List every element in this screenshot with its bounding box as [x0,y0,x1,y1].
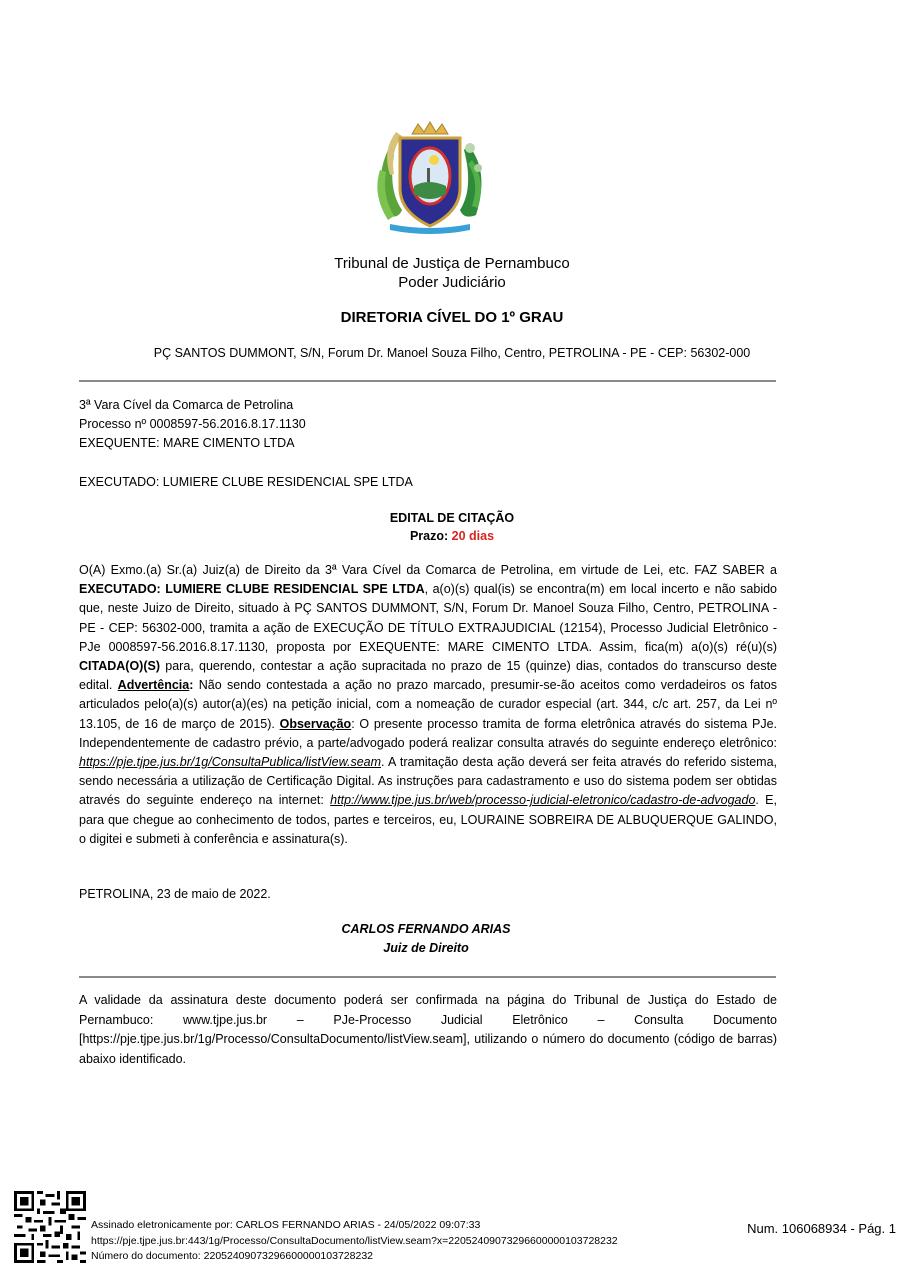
cited-bold: CITADA(O)(S) [79,659,160,673]
deadline: Prazo: 20 dias [0,527,904,546]
validity-note: A validade da assinatura deste documento… [79,991,777,1069]
judicial-power: Poder Judiciário [0,273,904,292]
page-info: Num. 106068934 - Pág. 1 [747,1221,896,1237]
signer-name: CARLOS FERNANDO ARIAS [0,920,852,939]
warning-label: Advertência [118,678,190,692]
body-text-1: O(A) Exmo.(a) Sr.(a) Juiz(a) de Direito … [79,563,777,577]
case-info: 3ª Vara Cível da Comarca de Petrolina Pr… [79,396,306,453]
court-name: Tribunal de Justiça de Pernambuco [0,254,904,273]
divider [79,380,776,382]
divider [79,976,776,978]
qr-code-icon [14,1191,86,1263]
defendant: EXECUTADO: LUMIERE CLUBE RESIDENCIAL SPE… [79,473,413,492]
directorate-title: DIRETORIA CÍVEL DO 1º GRAU [0,308,904,327]
process-number: Processo nº 0008597-56.2016.8.17.1130 [79,415,306,434]
document-number: Número do documento: 2205240907329660000… [91,1249,373,1263]
cadastro-advogado-link[interactable]: http://www.tjpe.jus.br/web/processo-judi… [330,793,755,807]
consulta-publica-link[interactable]: https://pje.tjpe.jus.br/1g/ConsultaPubli… [79,755,381,769]
signed-by: Assinado eletronicamente por: CARLOS FER… [91,1218,480,1232]
note-label: Observação [280,717,352,731]
defendant-bold: EXECUTADO: LUMIERE CLUBE RESIDENCIAL SPE… [79,582,425,596]
signer-role: Juiz de Direito [0,939,852,958]
pernambuco-crest-icon [368,120,492,238]
plaintiff: EXEQUENTE: MARE CIMENTO LTDA [79,434,306,453]
edital-title: EDITAL DE CITAÇÃO [0,509,904,528]
court-unit: 3ª Vara Cível da Comarca de Petrolina [79,396,306,415]
deadline-label: Prazo: [410,529,448,543]
court-address: PÇ SANTOS DUMMONT, S/N, Forum Dr. Manoel… [0,345,904,361]
edital-body: O(A) Exmo.(a) Sr.(a) Juiz(a) de Direito … [79,561,777,849]
verification-url: https://pje.tjpe.jus.br:443/1g/Processo/… [91,1234,618,1248]
deadline-value: 20 dias [452,529,494,543]
document-date: PETROLINA, 23 de maio de 2022. [79,885,271,904]
